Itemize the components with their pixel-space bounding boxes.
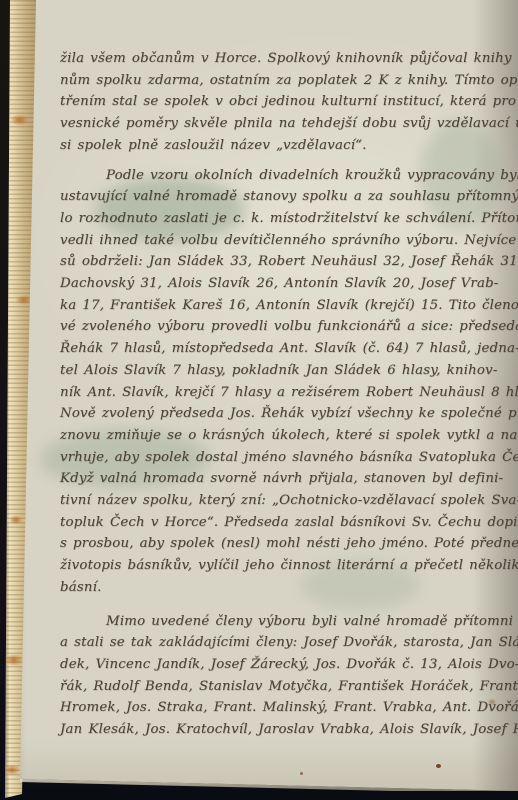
manuscript-line: sů obdrželi: Jan Sládek 33, Robert Neuhä… [60,251,518,273]
manuscript-line: žila všem občanům v Horce. Spolkový knih… [60,48,518,70]
manuscript-line: ustavující valné hromadě stanovy spolku … [60,186,518,208]
manuscript-line: vrhuje, aby spolek dostal jméno slavného… [60,447,518,469]
manuscript-line: topluk Čech v Horce“. Předseda zaslal bá… [60,512,518,534]
paragraph: Mimo uvedené členy výboru byli valné hro… [60,611,518,741]
manuscript-line: Hromek, Jos. Straka, Frant. Malinský, Fr… [60,697,518,719]
manuscript-line: nům spolku zdarma, ostatním za poplatek … [60,70,518,92]
manuscript-line: si spolek plně zasloužil název „vzdělava… [60,135,518,157]
manuscript-line: Dachovský 31, Alois Slavík 26, Antonín S… [60,273,518,295]
manuscript-line: znovu zmiňuje se o krásných úkolech, kte… [60,425,518,447]
manuscript-line: vé zvoleného výboru provedli volbu funkc… [60,316,518,338]
foxing-spot [300,772,303,775]
manuscript-line: ka 17, František Kareš 16, Antonín Slaví… [60,295,518,317]
manuscript-line: třením stal se spolek v obci jedinou kul… [60,91,518,113]
manuscript-line: Když valná hromada svorně návrh přijala,… [60,468,518,490]
manuscript-line: Mimo uvedené členy výboru byli valné hro… [60,611,518,633]
manuscript-line: Řehák 7 hlasů, místopředseda Ant. Slavík… [60,338,518,360]
photo-of-manuscript-page: žila všem občanům v Horce. Spolkový knih… [0,0,518,800]
manuscript-line: dek, Vincenc Jandík, Josef Žárecký, Jos.… [60,654,518,676]
manuscript-line: Jan Klesák, Jos. Kratochvíl, Jaroslav Vr… [60,719,518,741]
paragraph: Podle vzoru okolních divadelních kroužků… [60,165,518,599]
manuscript-line: řák, Rudolf Benda, Stanislav Motyčka, Fr… [60,676,518,698]
manuscript-line: vedli ihned také volbu devítičlenného sp… [60,230,518,252]
manuscript-line: tel Alois Slavík 7 hlasy, pokladník Jan … [60,360,518,382]
manuscript-line: a stali se tak zakládajícími členy: Jose… [60,632,518,654]
text-block: žila všem občanům v Horce. Spolkový knih… [60,48,518,741]
manuscript-line: lo rozhodnuto zaslati je c. k. místodrži… [60,208,518,230]
manuscript-line: Podle vzoru okolních divadelních kroužků… [60,165,518,187]
manuscript-line: vesnické poměry skvěle plnila na tehdejš… [60,113,518,135]
manuscript-line: s prosbou, aby spolek (nesl) mohl nésti … [60,533,518,555]
manuscript-line: tivní název spolku, který zní: „Ochotnic… [60,490,518,512]
manuscript-page: žila všem občanům v Horce. Spolkový knih… [0,0,518,800]
foxing-spot [436,764,441,768]
manuscript-line: ník Ant. Slavík, krejčí 7 hlasy a režisé… [60,382,518,404]
manuscript-line: životopis básníkův, vylíčil jeho činnost… [60,555,518,577]
manuscript-line: Nově zvolený předseda Jos. Řehák vybízí … [60,403,518,425]
manuscript-line: básní. [60,577,518,599]
paragraph: žila všem občanům v Horce. Spolkový knih… [60,48,518,157]
